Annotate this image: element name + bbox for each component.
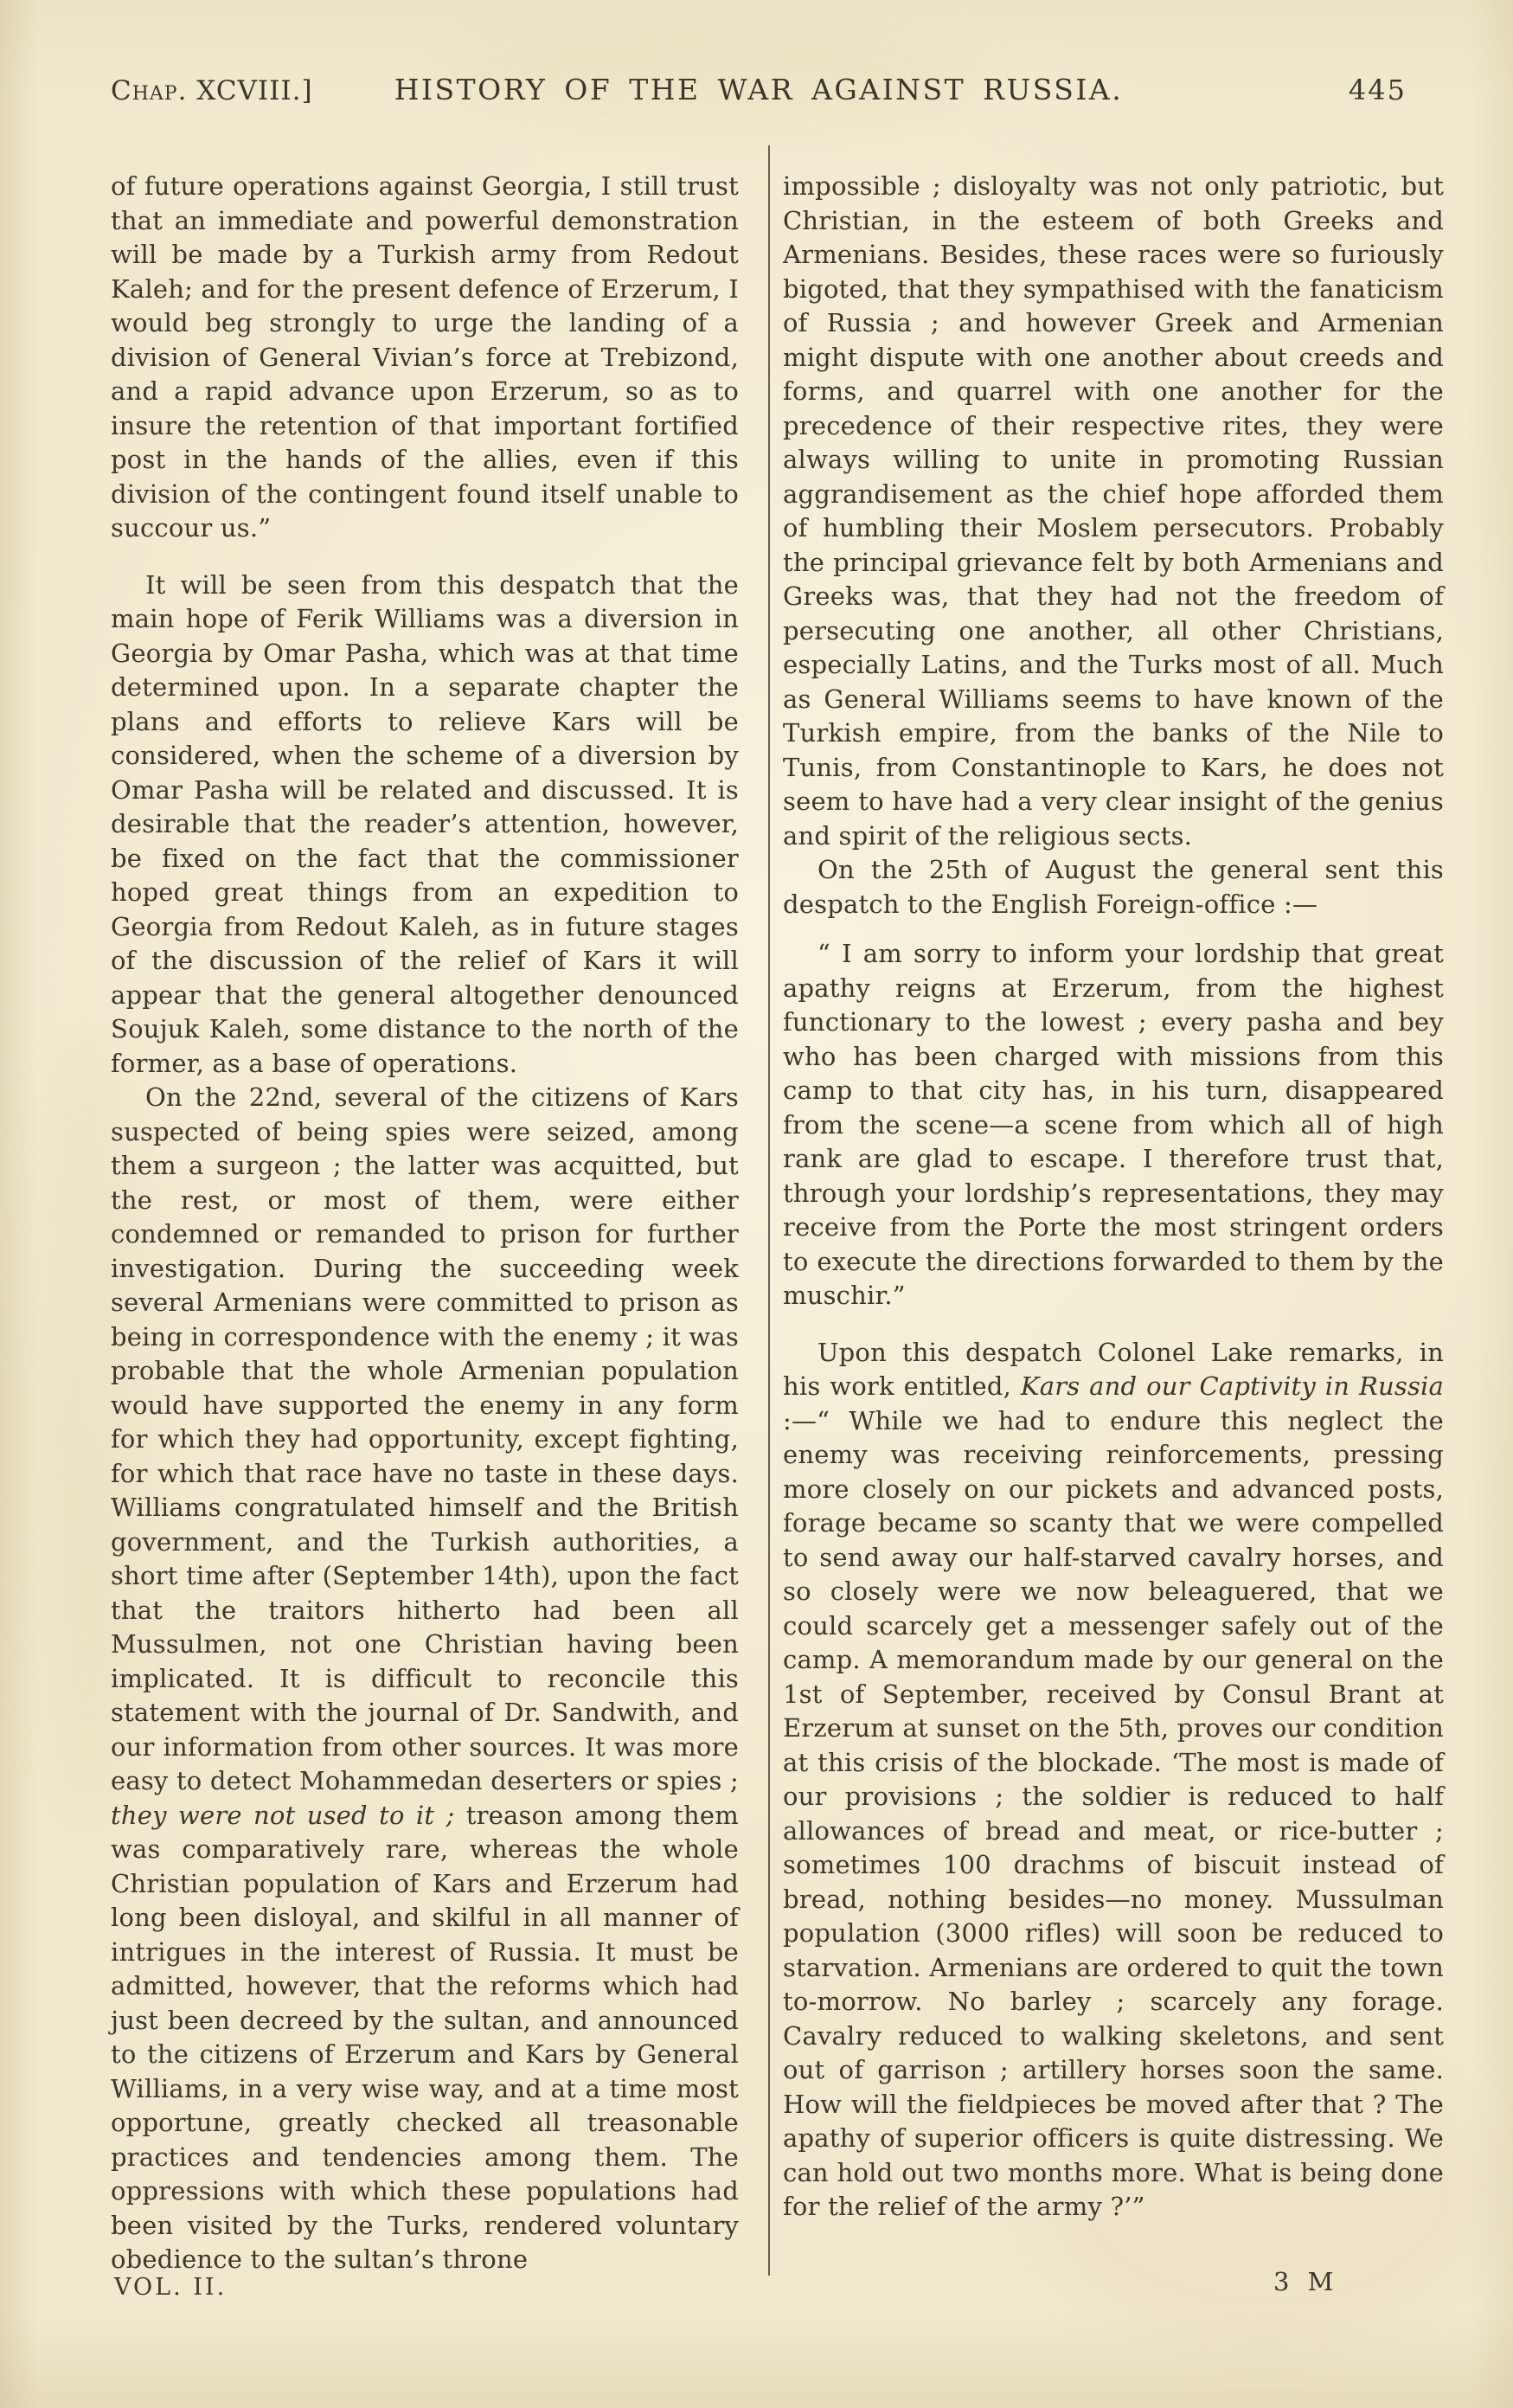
paragraph: impossible ; disloyalty was not only pat… [783,170,1444,853]
column-divider [768,145,770,2276]
running-header: Chap. XCVIII.] HISTORY OF THE WAR AGAINS… [111,73,1407,106]
paragraph: On the 25th of August the general sent t… [783,853,1444,921]
page-title: HISTORY OF THE WAR AGAINST RUSSIA. [394,73,1124,106]
chapter-label: Chap. XCVIII.] [111,75,394,106]
footer-volume-label: VOL. II. [114,2274,227,2301]
paragraph: “ I am sorry to inform your lordship tha… [783,937,1444,1313]
book-page: Chap. XCVIII.] HISTORY OF THE WAR AGAINS… [0,0,1513,2408]
footer-printers-signature: 3 M [1273,2267,1338,2296]
right-column: impossible ; disloyalty was not only pat… [783,170,1444,2225]
paragraph: Upon this despatch Colonel Lake remarks,… [783,1336,1444,2225]
page-number: 445 [1123,74,1407,106]
paragraph: of future operations against Georgia, I … [111,170,739,546]
paragraph: On the 22nd, several of the citizens of … [111,1081,739,2277]
paragraph: It will be seen from this despatch that … [111,568,739,1082]
left-column: of future operations against Georgia, I … [111,170,739,2277]
